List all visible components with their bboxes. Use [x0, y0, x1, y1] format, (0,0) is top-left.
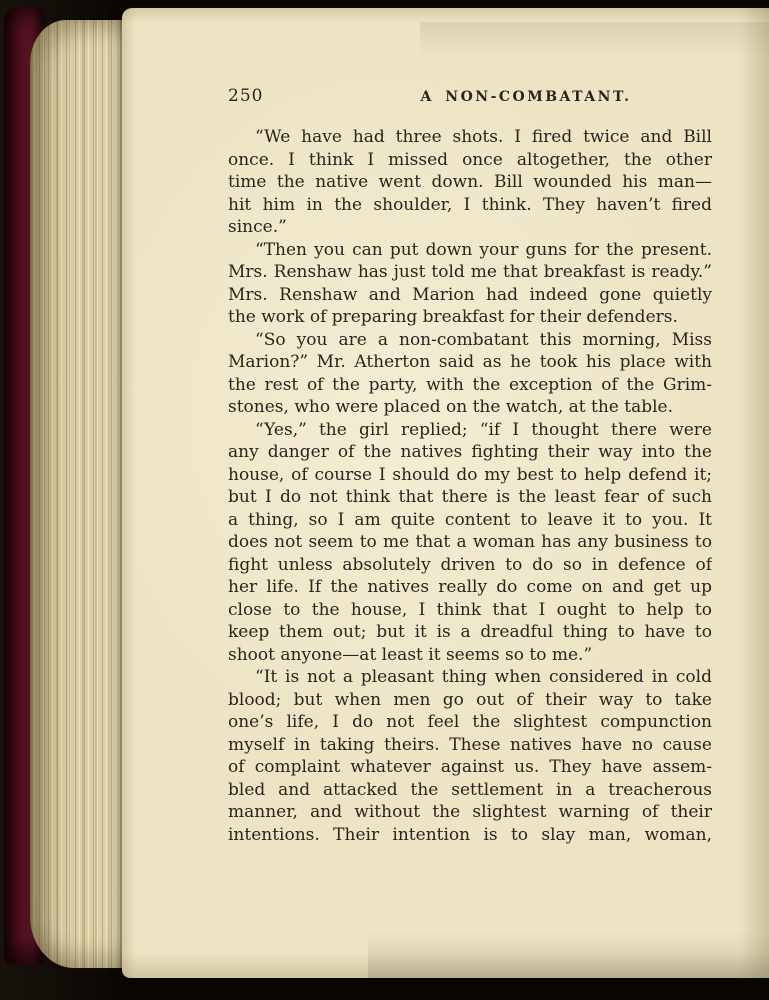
text-block: “We have had three shots. I fired twice …: [228, 126, 712, 846]
text-line: myself in taking theirs. These natives h…: [228, 734, 712, 757]
paragraph: “We have had three shots. I fired twice …: [228, 126, 712, 239]
page-header: 250 A NON-COMBATANT.: [228, 86, 712, 106]
scan-shadow-band-bottom: [368, 923, 769, 978]
text-line: the rest of the party, with the exceptio…: [228, 374, 712, 397]
text-line: house, of course I should do my best to …: [228, 464, 712, 487]
text-line: any danger of the natives fighting their…: [228, 441, 712, 464]
text-line: keep them out; but it is a dreadful thin…: [228, 621, 712, 644]
text-line: shoot anyone—at least it seems so to me.…: [228, 644, 712, 667]
running-header: A NON-COMBATANT.: [324, 89, 728, 105]
text-line: blood; but when men go out of their way …: [228, 689, 712, 712]
text-line: time the native went down. Bill wounded …: [228, 171, 712, 194]
paragraph: “Yes,” the girl replied; “if I thought t…: [228, 419, 712, 667]
text-line: intentions. Their intention is to slay m…: [228, 824, 712, 847]
printed-page-content: 250 A NON-COMBATANT. “We have had three …: [228, 86, 712, 846]
text-line: does not seem to me that a woman has any…: [228, 531, 712, 554]
paragraph: “Then you can put down your guns for the…: [228, 239, 712, 329]
text-line: manner, and without the slightest warnin…: [228, 801, 712, 824]
text-line: but I do not think that there is the lea…: [228, 486, 712, 509]
book-page: 250 A NON-COMBATANT. “We have had three …: [122, 8, 769, 978]
book-scan-scene: 250 A NON-COMBATANT. “We have had three …: [0, 0, 769, 1000]
text-line: Mrs. Renshaw has just told me that break…: [228, 261, 712, 284]
text-line: one’s life, I do not feel the slightest …: [228, 711, 712, 734]
text-line: since.”: [228, 216, 712, 239]
text-line: Mrs. Renshaw and Marion had indeed gone …: [228, 284, 712, 307]
text-line: once. I think I missed once altogether, …: [228, 149, 712, 172]
text-line: “Then you can put down your guns for the…: [228, 239, 712, 262]
text-line: “We have had three shots. I fired twice …: [228, 126, 712, 149]
text-line: “So you are a non-combatant this morning…: [228, 329, 712, 352]
text-line: fight unless absolutely driven to do so …: [228, 554, 712, 577]
page-number: 250: [228, 86, 308, 106]
text-line: bled and attacked the settlement in a tr…: [228, 779, 712, 802]
text-line: stones, who were placed on the watch, at…: [228, 396, 712, 419]
text-line: Marion?” Mr. Atherton said as he took hi…: [228, 351, 712, 374]
paragraph: “It is not a pleasant thing when conside…: [228, 666, 712, 846]
text-line: close to the house, I think that I ought…: [228, 599, 712, 622]
text-line: “It is not a pleasant thing when conside…: [228, 666, 712, 689]
text-line: the work of preparing breakfast for thei…: [228, 306, 712, 329]
text-line: hit him in the shoulder, I think. They h…: [228, 194, 712, 217]
text-line: a thing, so I am quite content to leave …: [228, 509, 712, 532]
text-line: of complaint whatever against us. They h…: [228, 756, 712, 779]
paragraph: “So you are a non-combatant this morning…: [228, 329, 712, 419]
scan-shadow-band-top: [420, 22, 769, 60]
text-line: her life. If the natives really do come …: [228, 576, 712, 599]
text-line: “Yes,” the girl replied; “if I thought t…: [228, 419, 712, 442]
